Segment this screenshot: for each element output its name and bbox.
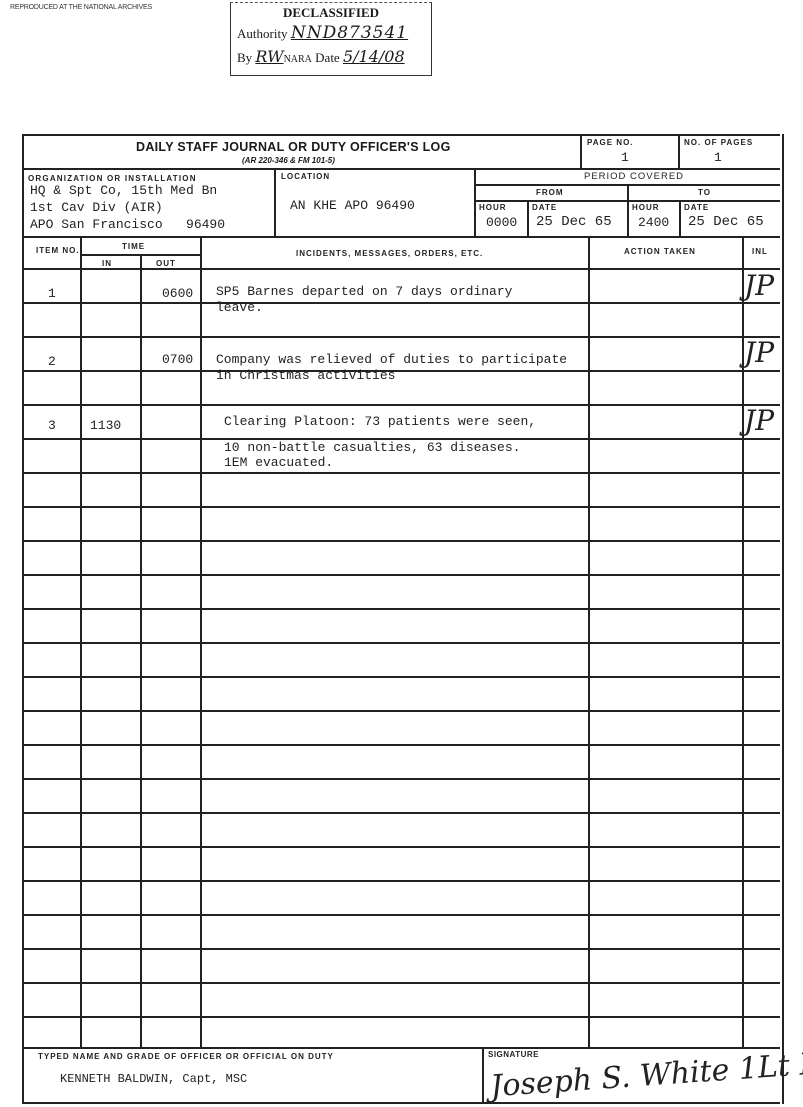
row-divider <box>24 846 780 848</box>
stamp-title: DECLASSIFIED <box>231 5 431 21</box>
to-date-value: 25 Dec 65 <box>688 214 764 230</box>
row-divider <box>24 268 780 270</box>
row-divider <box>24 914 780 916</box>
from-label: FROM <box>536 188 564 197</box>
form-subtitle: (AR 220-346 & FM 101-5) <box>242 156 335 165</box>
row-divider <box>24 880 780 882</box>
from-hour-label: HOUR <box>479 203 507 212</box>
no-of-pages-value: 1 <box>714 150 722 165</box>
entry-3-item: 3 <box>48 418 56 433</box>
from-date-label: DATE <box>532 203 557 212</box>
entry-3-line1: Clearing Platoon: 73 patients were seen, <box>224 414 536 429</box>
from-hour-value: 0000 <box>486 215 517 230</box>
row-divider <box>24 1016 780 1018</box>
entry-3-initials: JP <box>744 404 774 437</box>
entry-3-line3: 1EM evacuated. <box>224 455 333 470</box>
row-divider <box>24 608 780 610</box>
by-value: RW <box>255 47 283 66</box>
row-divider <box>24 948 780 950</box>
action-taken-header: ACTION TAKEN <box>624 247 696 256</box>
archives-note: REPRODUCED AT THE NATIONAL ARCHIVES <box>10 4 152 11</box>
row-divider <box>24 506 780 508</box>
to-date-label: DATE <box>684 203 709 212</box>
page-no-label: PAGE NO. <box>587 138 634 147</box>
entry-2-line2: in Christmas activities <box>216 368 395 383</box>
incidents-header: INCIDENTS, MESSAGES, ORDERS, ETC. <box>296 249 483 258</box>
entry-2-line1: Company was relieved of duties to partic… <box>216 352 567 367</box>
time-in-header: IN <box>102 259 112 268</box>
row-divider <box>24 370 780 372</box>
nara-label: NARA <box>284 54 312 65</box>
row-divider <box>24 812 780 814</box>
row-divider <box>24 540 780 542</box>
officer-label: TYPED NAME AND GRADE OF OFFICER OR OFFIC… <box>38 1052 334 1061</box>
period-covered-label: PERIOD COVERED <box>584 171 684 182</box>
form-title: DAILY STAFF JOURNAL OR DUTY OFFICER'S LO… <box>136 140 451 154</box>
row-divider <box>24 676 780 678</box>
entry-2-out: 0700 <box>162 352 193 367</box>
declassification-stamp: DECLASSIFIED Authority NND873541 By RWNA… <box>230 2 432 76</box>
entry-1-line2: leave. <box>216 300 263 315</box>
entry-3-in: 1130 <box>90 418 121 433</box>
duty-log-form: DAILY STAFF JOURNAL OR DUTY OFFICER'S LO… <box>22 134 784 1104</box>
row-divider <box>24 336 780 338</box>
entry-1-item: 1 <box>48 286 56 301</box>
item-no-header: ITEM NO. <box>36 246 80 255</box>
organization-line-3: APO San Francisco 96490 <box>30 217 225 232</box>
location-label: LOCATION <box>281 172 330 181</box>
authority-label: Authority <box>237 26 288 41</box>
officer-value: KENNETH BALDWIN, Capt, MSC <box>60 1072 247 1086</box>
by-label: By <box>237 50 252 65</box>
row-divider <box>24 642 780 644</box>
location-value: AN KHE APO 96490 <box>290 198 415 213</box>
inl-header: INL <box>752 247 768 256</box>
date-label: Date <box>315 50 340 65</box>
to-hour-label: HOUR <box>632 203 660 212</box>
entry-1-initials: JP <box>744 269 774 302</box>
stamp-by-row: By RWNARA Date 5/14/08 <box>237 47 405 66</box>
authority-value: NND873541 <box>291 23 408 43</box>
row-divider <box>24 778 780 780</box>
time-header: TIME <box>122 242 145 251</box>
entry-1-out: 0600 <box>162 286 193 301</box>
no-of-pages-label: NO. OF PAGES <box>684 138 753 147</box>
organization-label: ORGANIZATION OR INSTALLATION <box>28 174 197 183</box>
entry-3-line2: 10 non-battle casualties, 63 diseases. <box>224 440 520 455</box>
organization-line-2: 1st Cav Div (AIR) <box>30 200 163 215</box>
page-no-value: 1 <box>621 150 629 165</box>
row-divider <box>24 982 780 984</box>
row-divider <box>24 472 780 474</box>
entry-1-line1: SP5 Barnes departed on 7 days ordinary <box>216 284 512 299</box>
signature-label: SIGNATURE <box>488 1050 539 1059</box>
to-hour-value: 2400 <box>638 215 669 230</box>
row-divider <box>24 710 780 712</box>
row-divider <box>24 574 780 576</box>
time-out-header: OUT <box>156 259 176 268</box>
stamp-date-value: 5/14/08 <box>343 47 405 66</box>
entry-2-item: 2 <box>48 354 56 369</box>
organization-line-1: HQ & Spt Co, 15th Med Bn <box>30 183 217 198</box>
row-divider <box>24 744 780 746</box>
row-divider <box>24 302 780 304</box>
stamp-authority-row: Authority NND873541 <box>237 23 408 43</box>
to-label: TO <box>698 188 711 197</box>
entry-2-initials: JP <box>744 336 774 369</box>
from-date-value: 25 Dec 65 <box>536 214 612 230</box>
row-divider <box>24 404 780 406</box>
